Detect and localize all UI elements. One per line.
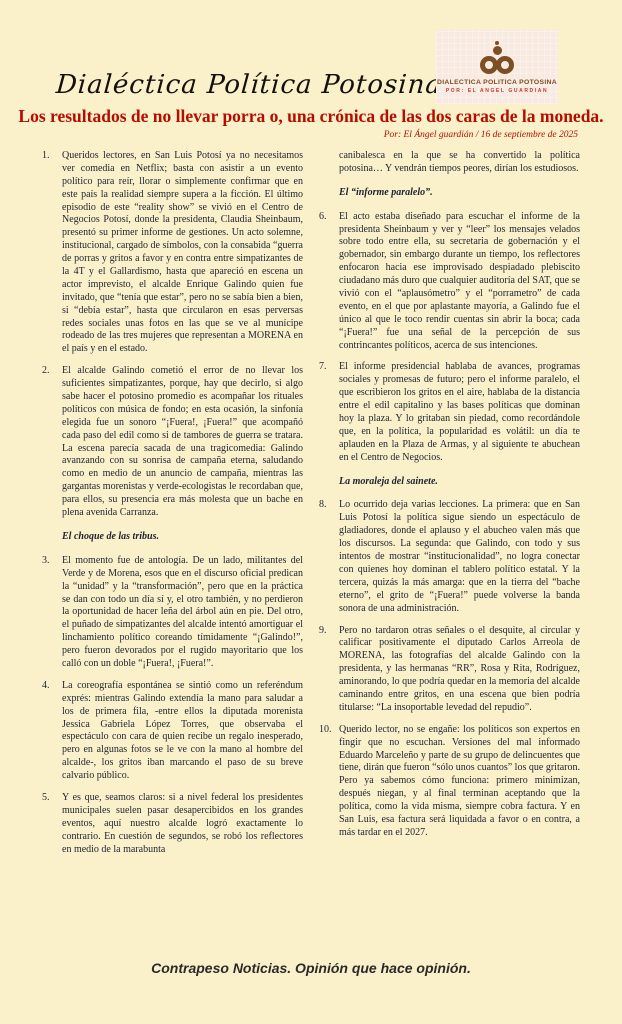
paragraph-text: El momento fue de antología. De un lado,… bbox=[62, 555, 303, 671]
publication-script-title: Dialéctica Política Potosina bbox=[55, 70, 443, 100]
right-column: canibalesca en la que se ha convertido l… bbox=[319, 150, 580, 865]
logo-knob-circle-icon bbox=[495, 41, 499, 45]
section-heading: La moraleja del sainete. bbox=[339, 476, 580, 489]
logo-subtitle: POR: EL ANGEL GUARDIAN bbox=[446, 88, 548, 94]
paragraph-text: Y es que, seamos claros: si a nivel fede… bbox=[62, 792, 303, 856]
section-heading: El choque de las tribus. bbox=[62, 531, 303, 544]
paragraph-number: 9. bbox=[319, 625, 339, 715]
paragraph-number: 3. bbox=[42, 555, 62, 671]
paragraph-text: El informe presidencial hablaba de avanc… bbox=[339, 361, 580, 464]
logo-ring-right-icon bbox=[496, 56, 514, 74]
paragraph-text: Lo ocurrido deja varias lecciones. La pr… bbox=[339, 499, 580, 615]
publication-logo: DIALECTICA POLITICA POTOSINA POR: EL ANG… bbox=[436, 30, 558, 104]
paragraph-text: La coreografía espontánea se sintió como… bbox=[62, 680, 303, 783]
footer-slogan: Contrapeso Noticias. Opinión que hace op… bbox=[0, 960, 622, 976]
paragraph-number: 2. bbox=[42, 365, 62, 520]
paragraph-number: 6. bbox=[319, 211, 339, 353]
logo-rings-icon bbox=[480, 56, 514, 74]
article-headline: Los resultados de no llevar porra o, una… bbox=[0, 106, 622, 127]
paragraph-text: El acto estaba diseñado para escuchar el… bbox=[339, 211, 580, 353]
paragraph-number: 5. bbox=[42, 792, 62, 856]
logo-figure-icon bbox=[480, 41, 514, 74]
masthead: Dialéctica Política Potosina DIALECTICA … bbox=[0, 0, 622, 150]
paragraph-number: 7. bbox=[319, 361, 339, 464]
paragraph-number: 4. bbox=[42, 680, 62, 783]
left-column: 1.Queridos lectores, en San Luis Potosí … bbox=[42, 150, 303, 865]
paragraph-text: Pero no tardaron otras señales o el desq… bbox=[339, 625, 580, 715]
paragraph-text: El alcalde Galindo cometió el error de n… bbox=[62, 365, 303, 520]
article-page: Dialéctica Política Potosina DIALECTICA … bbox=[0, 0, 622, 1024]
continuation-paragraph: canibalesca en la que se ha convertido l… bbox=[339, 150, 580, 176]
paragraph-number: 8. bbox=[319, 499, 339, 615]
numbered-paragraph: 9.Pero no tardaron otras señales o el de… bbox=[319, 625, 580, 715]
section-heading: El “informe paralelo”. bbox=[339, 187, 580, 200]
logo-head-circle-icon bbox=[493, 46, 502, 55]
numbered-paragraph: 3.El momento fue de antología. De un lad… bbox=[42, 555, 303, 671]
numbered-paragraph: 2.El alcalde Galindo cometió el error de… bbox=[42, 365, 303, 520]
paragraph-number: 1. bbox=[42, 150, 62, 356]
paragraph-text: Querido lector, no se engañe: los políti… bbox=[339, 724, 580, 840]
numbered-paragraph: 7.El informe presidencial hablaba de ava… bbox=[319, 361, 580, 464]
numbered-paragraph: 4.La coreografía espontánea se sintió co… bbox=[42, 680, 303, 783]
paragraph-text: Queridos lectores, en San Luis Potosí ya… bbox=[62, 150, 303, 356]
numbered-paragraph: 5.Y es que, seamos claros: si a nivel fe… bbox=[42, 792, 303, 856]
logo-title: DIALECTICA POLITICA POTOSINA bbox=[437, 79, 557, 86]
numbered-paragraph: 8.Lo ocurrido deja varias lecciones. La … bbox=[319, 499, 580, 615]
numbered-paragraph: 6.El acto estaba diseñado para escuchar … bbox=[319, 211, 580, 353]
paragraph-number: 10. bbox=[319, 724, 339, 840]
article-body: 1.Queridos lectores, en San Luis Potosí … bbox=[0, 150, 622, 865]
numbered-paragraph: 1.Queridos lectores, en San Luis Potosí … bbox=[42, 150, 303, 356]
numbered-paragraph: 10.Querido lector, no se engañe: los pol… bbox=[319, 724, 580, 840]
article-byline: Por: El Ángel guardián / 16 de septiembr… bbox=[384, 130, 578, 140]
